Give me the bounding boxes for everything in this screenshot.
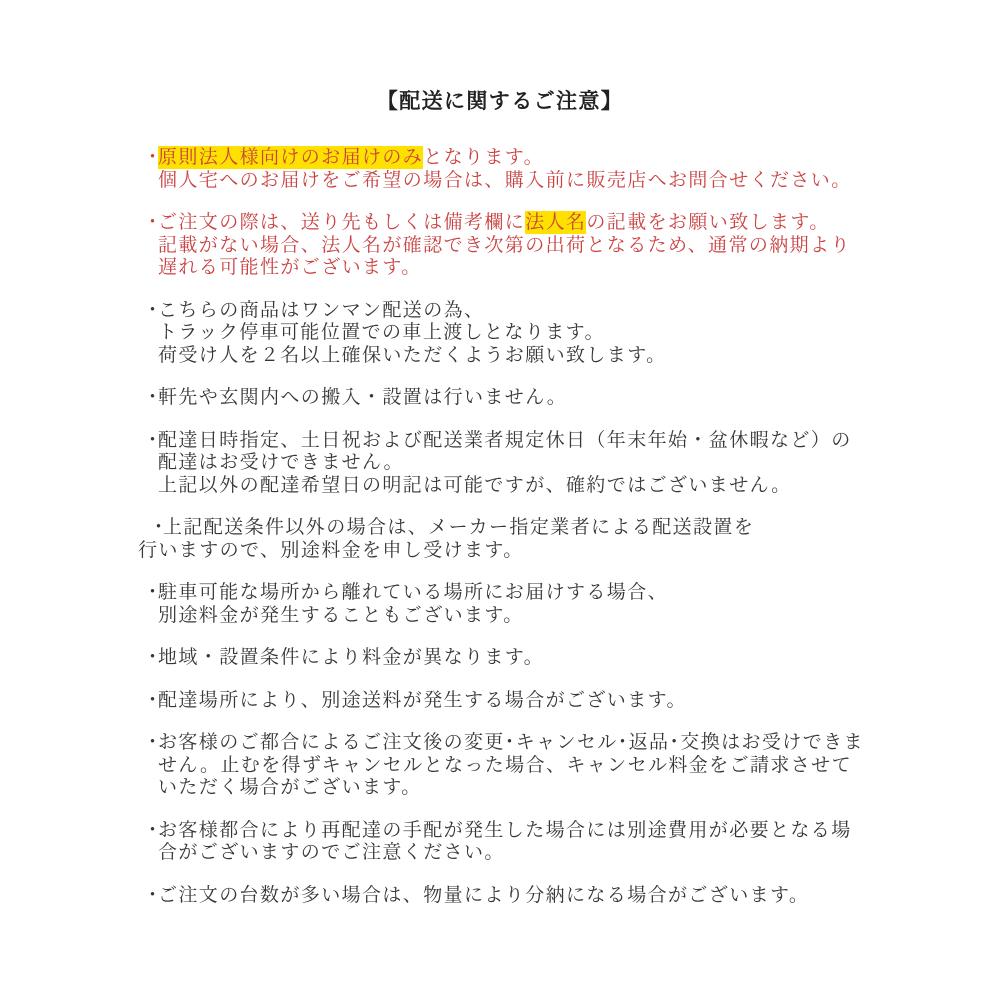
notice-text: 別途料金が発生することもございます。 [158, 605, 524, 626]
notice-text: せん。止むを得ずキャンセルとなった場合、キャンセル料金をご請求させて [158, 755, 852, 776]
notice-text: ご注文の台数が多い場合は、物量により分納になる場合がございます。 [158, 885, 809, 906]
notice-line: 配達はお受けできません。 [158, 452, 960, 475]
notice-line: 記載がない場合、法人名が確認でき次第の出荷となるため、通常の納期より [158, 235, 960, 258]
bullet-icon: ・ [149, 517, 163, 540]
bullet-icon: ・ [143, 732, 162, 755]
notice-text: 駐車可能な場所から離れている場所にお届けする場合、 [158, 582, 668, 603]
notice-text: 配達場所により、別途送料が発生する場合がございます。 [158, 690, 687, 711]
notice-line: 行いますので、別途料金を申し受けます。 [138, 540, 960, 563]
bullet-icon: ・ [143, 300, 162, 323]
notice-line: トラック停車可能位置での車上渡しとなります。 [158, 322, 960, 345]
notice-line: ・配達場所により、別途送料が発生する場合がございます。 [158, 690, 960, 713]
notice-text: 上記以外の配達希望日の明記は可能ですが、確約ではございません。 [158, 475, 792, 496]
notice-line: ・ご注文の台数が多い場合は、物量により分納になる場合がございます。 [158, 885, 960, 908]
notice-text: トラック停車可能位置での車上渡しとなります。 [158, 322, 605, 343]
notice-item: ・お客様のご都合によるご注文後の変更･キャンセル･返品･交換はお受けできません。… [143, 732, 960, 800]
notice-text: 遅れる可能性がございます。 [158, 257, 422, 278]
notice-text: の記載をお願い致します。 [586, 212, 829, 233]
notice-line: ・ご注文の際は、送り先もしくは備考欄に法人名の記載をお願い致します。 [158, 212, 960, 235]
notice-item: ・駐車可能な場所から離れている場所にお届けする場合、別途料金が発生することもござ… [143, 582, 960, 627]
notice-text: お客様都合により再配達の手配が発生した場合には別途費用が必要となる場 [158, 820, 852, 841]
notice-item: ・軒先や玄関内への搬入・設置は行いません。 [143, 387, 960, 410]
notice-text: ご注文の際は、送り先もしくは備考欄に [158, 212, 525, 233]
bullet-icon: ・ [143, 820, 162, 843]
shipping-notice-document: 【配送に関するご注意】 ・原則法人様向けのお届けのみとなります。個人宅へのお届け… [0, 0, 1000, 1000]
notice-text: 配達はお受けできません。 [158, 452, 404, 473]
highlight-text: 原則法人様向けのお届けのみ [158, 146, 423, 169]
bullet-icon: ・ [143, 647, 162, 670]
notice-text: となります。 [423, 147, 544, 168]
notice-line: ・こちらの商品はワンマン配送の為、 [158, 300, 960, 323]
bullet-icon: ・ [143, 690, 162, 713]
notice-item: ・お客様都合により再配達の手配が発生した場合には別途費用が必要となる場合がござい… [143, 820, 960, 865]
notice-text: こちらの商品はワンマン配送の為、 [158, 300, 484, 321]
notice-text: 記載がない場合、法人名が確認でき次第の出荷となるため、通常の納期より [158, 235, 851, 256]
notice-text: 行いますので、別途料金を申し受けます。 [138, 540, 524, 561]
notice-line: せん。止むを得ずキャンセルとなった場合、キャンセル料金をご請求させて [158, 755, 960, 778]
notice-text: 個人宅へのお届けをご希望の場合は、購入前に販売店へお問合せください。 [158, 170, 852, 191]
notice-item: ・原則法人様向けのお届けのみとなります。個人宅へのお届けをご希望の場合は、購入前… [143, 147, 960, 192]
bullet-icon: ・ [143, 212, 162, 235]
notice-text: 荷受け人を２名以上確保いただくようお願い致します。 [158, 345, 666, 366]
bullet-icon: ・ [143, 430, 162, 453]
bullet-icon: ・ [143, 387, 162, 410]
notice-line: 別途料金が発生することもございます。 [158, 605, 960, 628]
notice-line: ・お客様のご都合によるご注文後の変更･キャンセル･返品･交換はお受けできま [158, 732, 960, 755]
notice-text: 上記配送条件以外の場合は、メーカー指定業者による配送設置を [163, 517, 754, 538]
notice-list: ・原則法人様向けのお届けのみとなります。個人宅へのお届けをご希望の場合は、購入前… [0, 147, 1000, 907]
bullet-icon: ・ [143, 885, 162, 908]
notice-text: いただく場合がございます。 [158, 777, 422, 798]
notice-item: ・配達日時指定、土日祝および配送業者規定休日（年末年始・盆休暇など）の配達はお受… [143, 430, 960, 498]
notice-line: 荷受け人を２名以上確保いただくようお願い致します。 [158, 345, 960, 368]
notice-line: ・お客様都合により再配達の手配が発生した場合には別途費用が必要となる場 [158, 820, 960, 843]
notice-line: 合がございますのでご注意ください。 [158, 842, 960, 865]
bullet-icon: ・ [143, 582, 162, 605]
notice-line: いただく場合がございます。 [158, 777, 960, 800]
notice-line: ・駐車可能な場所から離れている場所にお届けする場合、 [158, 582, 960, 605]
notice-line: ・地域・設置条件により料金が異なります。 [158, 647, 960, 670]
notice-line: ・上記配送条件以外の場合は、メーカー指定業者による配送設置を [143, 517, 960, 540]
bullet-icon: ・ [143, 147, 162, 170]
notice-item: ・上記配送条件以外の場合は、メーカー指定業者による配送設置を行いますので、別途料… [143, 517, 960, 562]
page-title: 【配送に関するご注意】 [0, 90, 1000, 114]
notice-item: ・配達場所により、別途送料が発生する場合がございます。 [143, 690, 960, 713]
notice-item: ・地域・設置条件により料金が異なります。 [143, 647, 960, 670]
notice-text: 軒先や玄関内への搬入・設置は行いません。 [158, 387, 567, 408]
notice-line: ・原則法人様向けのお届けのみとなります。 [158, 147, 960, 170]
notice-text: 配達日時指定、土日祝および配送業者規定休日（年末年始・盆休暇など）の [158, 430, 852, 451]
notice-text: 地域・設置条件により料金が異なります。 [158, 647, 544, 668]
notice-line: ・配達日時指定、土日祝および配送業者規定休日（年末年始・盆休暇など）の [158, 430, 960, 453]
notice-text: お客様のご都合によるご注文後の変更･キャンセル･返品･交換はお受けできま [158, 732, 864, 753]
notice-item: ・こちらの商品はワンマン配送の為、トラック停車可能位置での車上渡しとなります。荷… [143, 300, 960, 368]
notice-line: 上記以外の配達希望日の明記は可能ですが、確約ではございません。 [158, 475, 960, 498]
notice-item: ・ご注文の際は、送り先もしくは備考欄に法人名の記載をお願い致します。記載がない場… [143, 212, 960, 280]
notice-line: 個人宅へのお届けをご希望の場合は、購入前に販売店へお問合せください。 [158, 170, 960, 193]
notice-item: ・ご注文の台数が多い場合は、物量により分納になる場合がございます。 [143, 885, 960, 908]
notice-line: 遅れる可能性がございます。 [158, 257, 960, 280]
notice-text: 合がございますのでご注意ください。 [158, 842, 505, 863]
highlight-text: 法人名 [525, 211, 586, 234]
notice-line: ・軒先や玄関内への搬入・設置は行いません。 [158, 387, 960, 410]
